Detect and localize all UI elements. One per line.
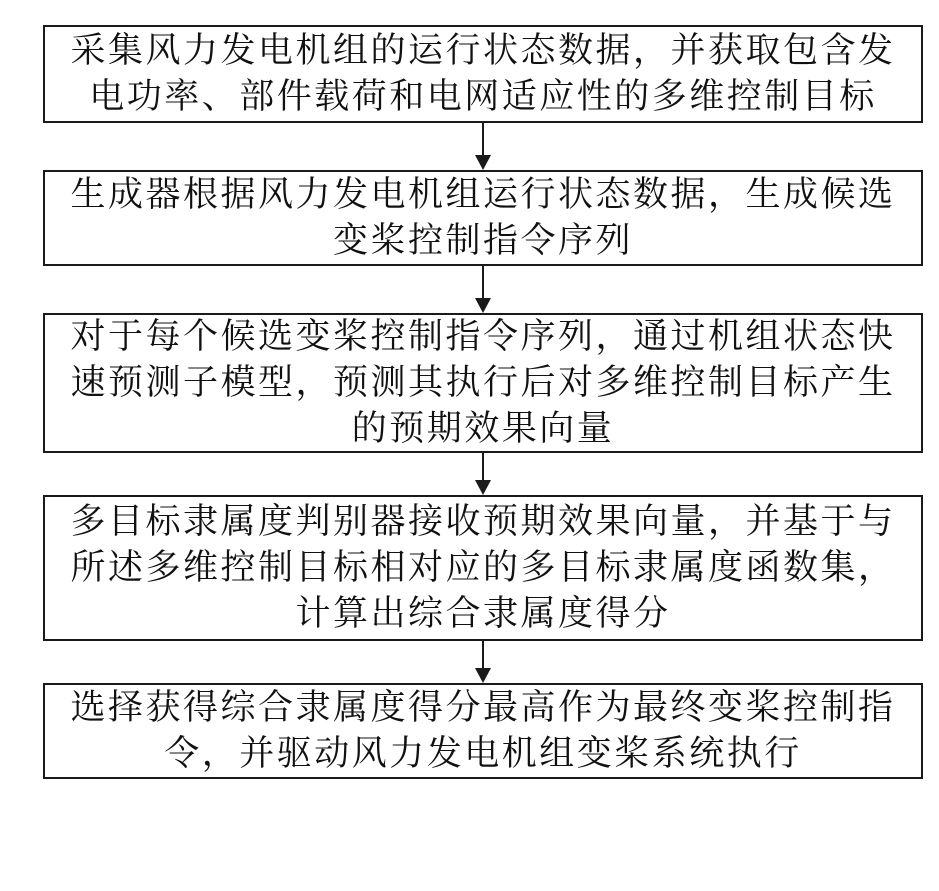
flow-arrow-1 xyxy=(43,123,923,170)
arrow-line xyxy=(482,123,484,156)
step-3-line-1: 对于每个候选变桨控制指令序列，通过机组状态快 xyxy=(70,314,895,360)
step-2-line-2: 变桨控制指令序列 xyxy=(333,218,633,264)
step-5-line-1: 选择获得综合隶属度得分最高作为最终变桨控制指 xyxy=(70,685,895,731)
flowchart: 采集风力发电机组的运行状态数据，并获取包含发 电功率、部件载荷和电网适应性的多维… xyxy=(0,0,939,891)
arrow-line xyxy=(482,453,484,481)
flow-step-4: 多目标隶属度判别器接收预期效果向量，并基于与 所述多维控制目标相对应的多目标隶属… xyxy=(43,495,923,641)
flow-step-3: 对于每个候选变桨控制指令序列，通过机组状态快 速预测子模型，预测其执行后对多维控… xyxy=(43,313,923,453)
flow-arrow-3 xyxy=(43,453,923,495)
step-1-line-2: 电功率、部件载荷和电网适应性的多维控制目标 xyxy=(89,74,877,120)
step-5-line-2: 令，并驱动风力发电机组变桨系统执行 xyxy=(164,731,802,777)
flow-arrow-4 xyxy=(43,641,923,683)
arrow-down-icon xyxy=(475,668,491,683)
arrow-down-icon xyxy=(475,155,491,170)
step-4-line-3: 计算出综合隶属度得分 xyxy=(295,591,670,637)
arrow-line xyxy=(482,266,484,299)
arrow-down-icon xyxy=(475,298,491,313)
step-4-line-2: 所述多维控制目标相对应的多目标隶属度函数集， xyxy=(70,545,895,591)
step-3-line-2: 速预测子模型，预测其执行后对多维控制目标产生 xyxy=(70,360,895,406)
step-1-line-1: 采集风力发电机组的运行状态数据，并获取包含发 xyxy=(70,28,895,74)
flow-step-1: 采集风力发电机组的运行状态数据，并获取包含发 电功率、部件载荷和电网适应性的多维… xyxy=(43,25,923,123)
step-2-line-1: 生成器根据风力发电机组运行状态数据，生成候选 xyxy=(70,172,895,218)
flow-step-5: 选择获得综合隶属度得分最高作为最终变桨控制指 令，并驱动风力发电机组变桨系统执行 xyxy=(43,683,923,779)
arrow-line xyxy=(482,641,484,669)
flow-step-2: 生成器根据风力发电机组运行状态数据，生成候选 变桨控制指令序列 xyxy=(43,170,923,266)
flow-arrow-2 xyxy=(43,266,923,313)
arrow-down-icon xyxy=(475,480,491,495)
step-4-line-1: 多目标隶属度判别器接收预期效果向量，并基于与 xyxy=(70,499,895,545)
step-3-line-3: 的预期效果向量 xyxy=(352,406,615,452)
